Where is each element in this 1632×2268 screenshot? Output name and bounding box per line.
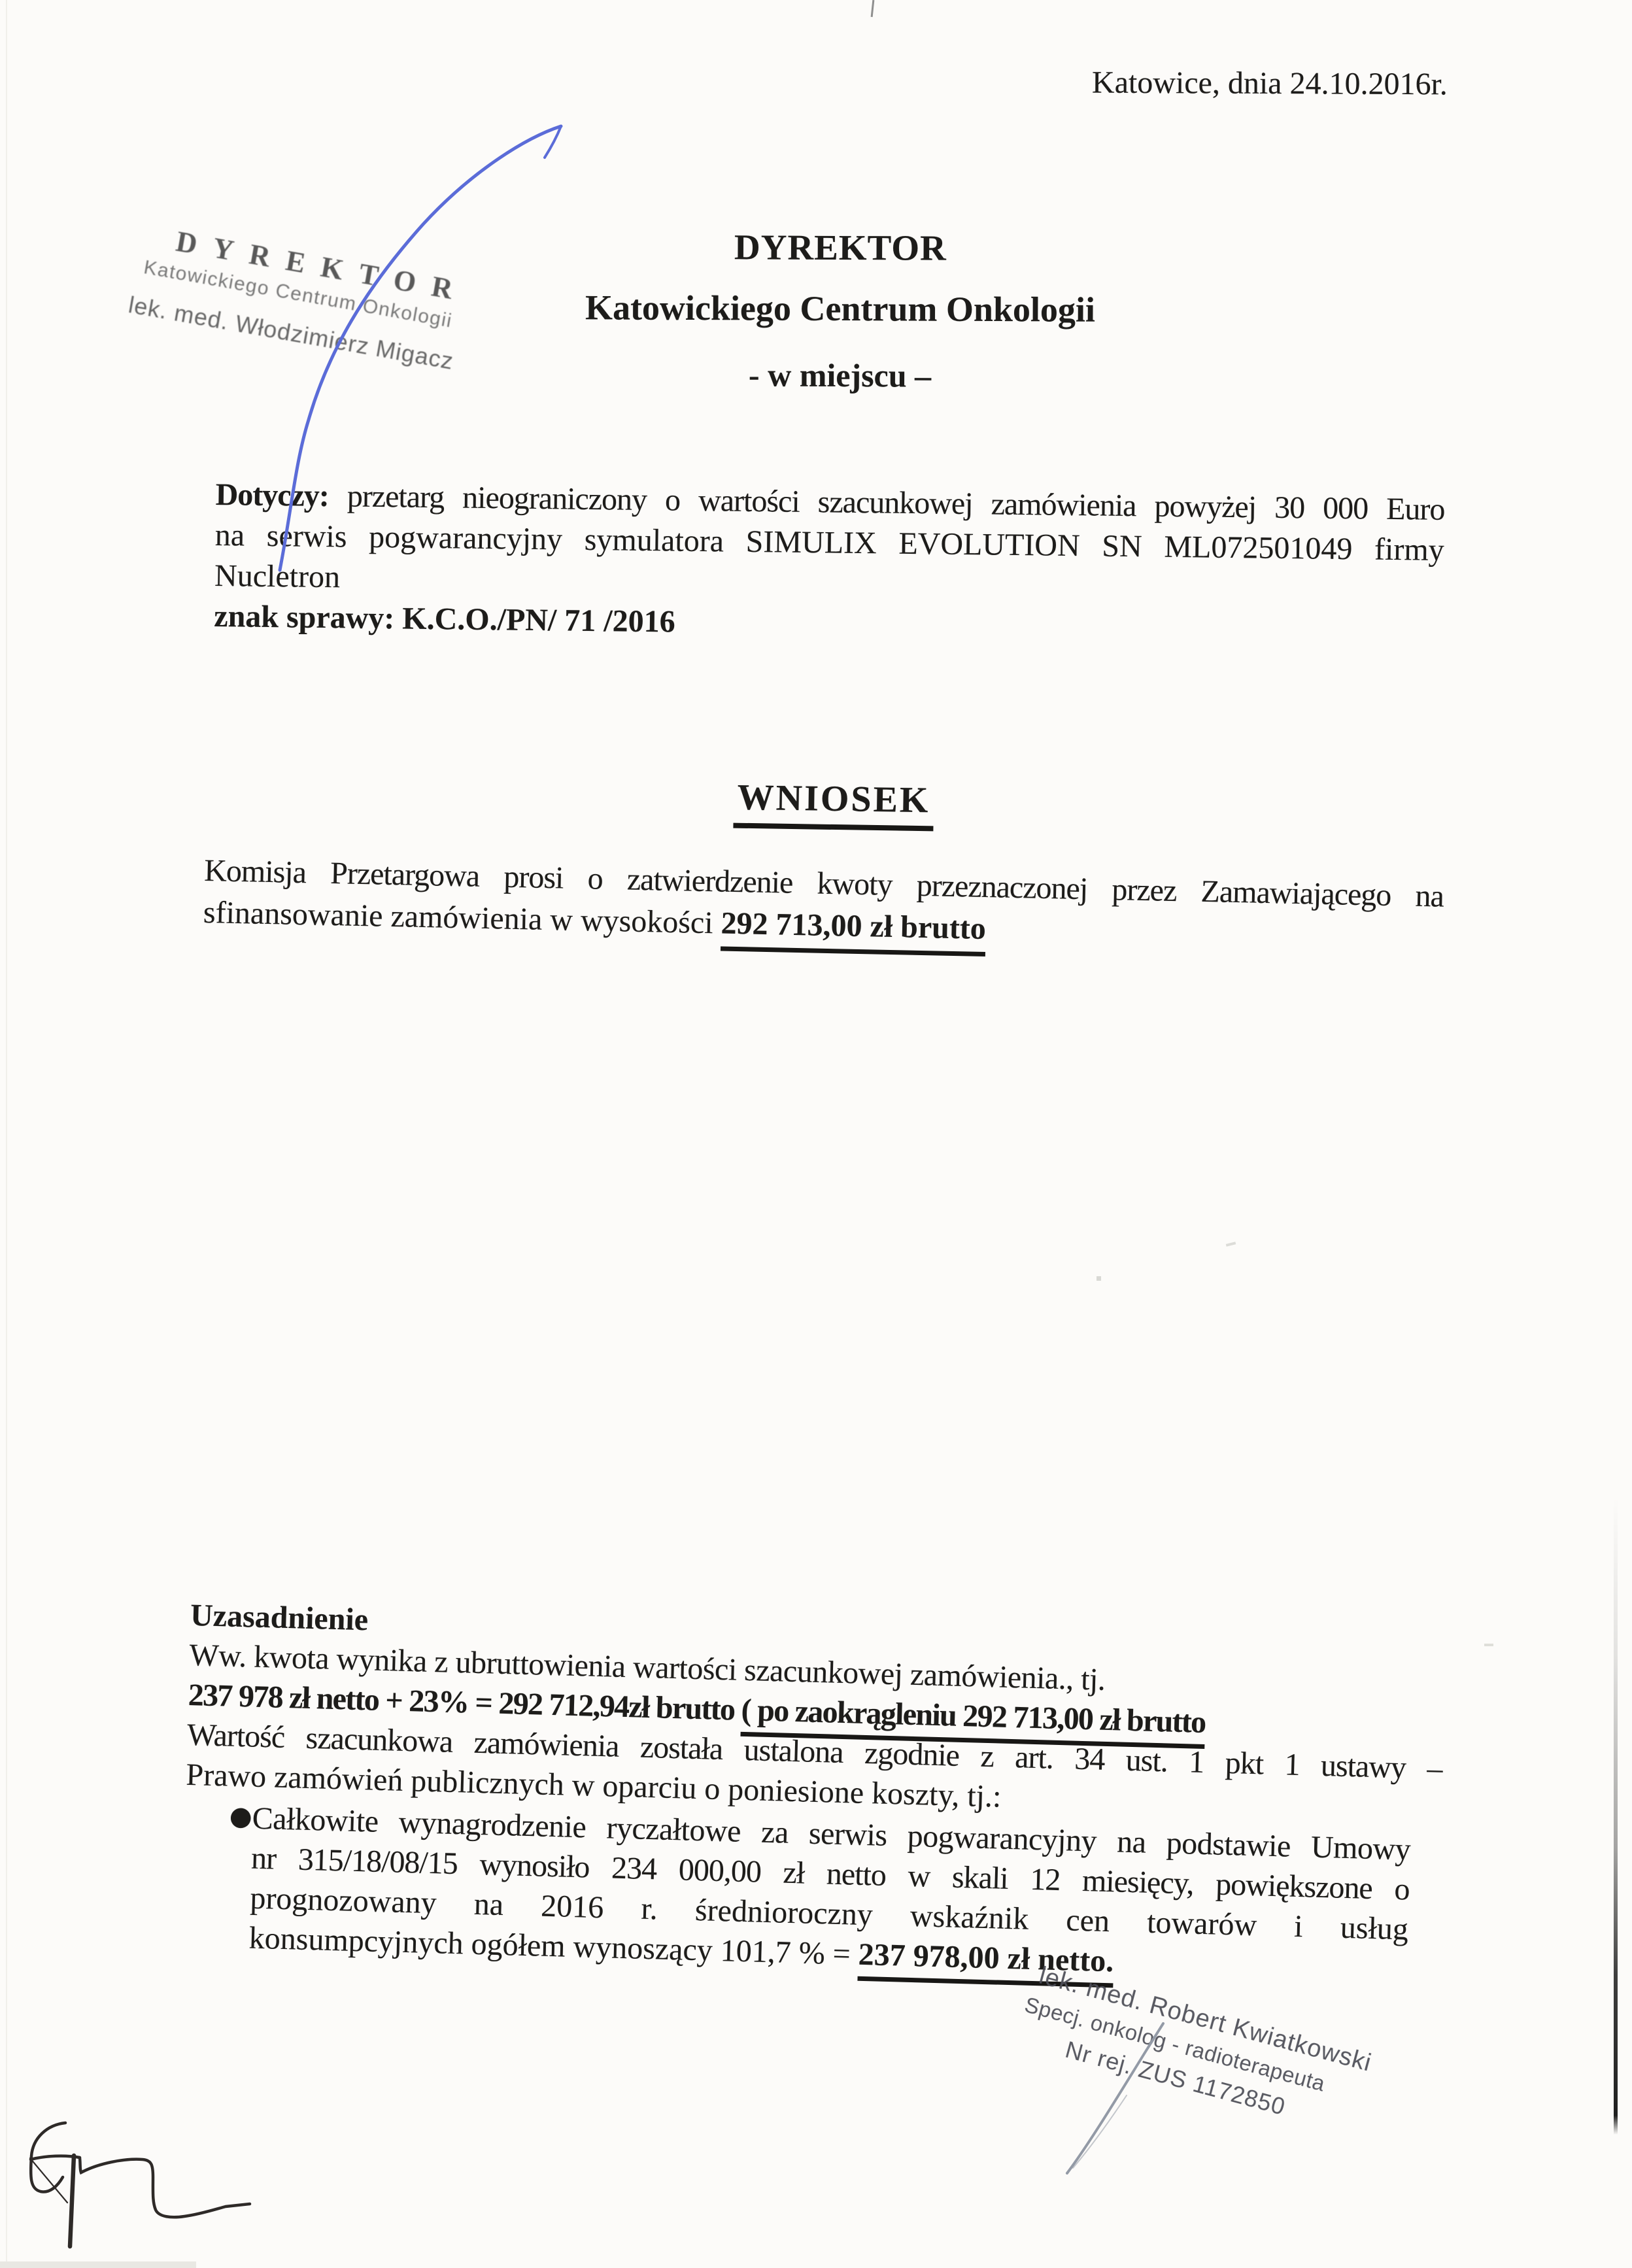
paper-speck xyxy=(1226,1242,1236,1247)
fold-mark-artifact xyxy=(871,0,875,17)
bottom-edge-scan-shadow xyxy=(0,2261,196,2268)
paper-speck xyxy=(1096,1276,1101,1281)
request-line-2-text: sfinansowanie zamówienia w wysokości xyxy=(203,895,721,941)
left-edge-scan-artifact xyxy=(6,0,7,2268)
subject-paragraph: Dotyczy: przetarg nieograniczony o warto… xyxy=(214,475,1445,652)
approved-amount: 292 713,00 zł brutto xyxy=(721,903,987,956)
request-heading-wrap: WNIOSEK xyxy=(274,770,1393,839)
cost-bullet-item: ● Całkowite wynagrodzenie ryczałtowe za … xyxy=(181,1797,1440,1990)
approver-initials-signature xyxy=(30,2123,250,2246)
justification-section: Uzasadnienie Ww. kwota wynika z ubruttow… xyxy=(181,1595,1446,1990)
addressee-institution: Katowickiego Centrum Onkologii xyxy=(275,286,1406,331)
right-edge-scan-artifact xyxy=(1614,1497,1618,2135)
place-and-date: Katowice, dnia 24.10.2016r. xyxy=(1092,65,1448,103)
doctor-rubber-stamp: lek. med. Robert Kwiatkowski Specj. onko… xyxy=(1013,1960,1454,2161)
paper-speck xyxy=(1484,1644,1493,1646)
addressee-block: DYREKTOR Katowickiego Centrum Onkologii … xyxy=(274,225,1406,398)
addressee-title: DYREKTOR xyxy=(275,225,1406,271)
addressee-location: - w miejscu – xyxy=(274,353,1405,398)
scanned-letter-page: Katowice, dnia 24.10.2016r. DYREKTOR Kat… xyxy=(0,0,1632,2268)
request-paragraph: Komisja Przetargowa prosi o zatwierdzeni… xyxy=(203,850,1444,966)
bullet-icon: ● xyxy=(229,1797,253,1837)
request-heading: WNIOSEK xyxy=(733,777,934,832)
subject-label: Dotyczy: xyxy=(215,477,329,513)
